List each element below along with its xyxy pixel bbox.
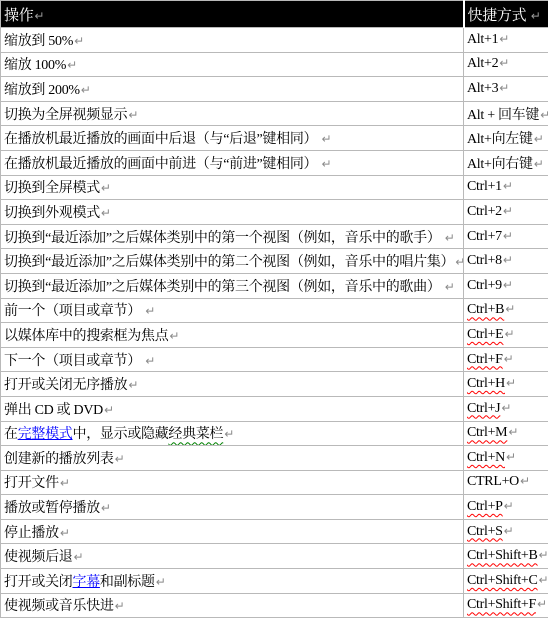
table-row: 切换到“最近添加”之后媒体类别中的第一个视图（例如，音乐中的歌手） ↵Ctrl+… [1,224,548,249]
action-cell: 打开或关闭字幕和副标题↵ [1,569,464,594]
shortcut-cell: Ctrl+E↵ [464,323,548,348]
table-body: 缩放到 50%↵Alt+1↵缩放 100%↵Alt+2↵缩放到 200%↵Alt… [1,28,548,618]
shortcut-cell: Alt+向右键↵ [464,150,548,175]
shortcut-cell: Alt+1↵ [464,28,548,53]
shortcut-text: Alt+向左键 [467,132,533,147]
paragraph-mark-icon: ↵ [503,204,513,218]
table-row: 打开或关闭字幕和副标题↵Ctrl+Shift+C↵ [1,569,548,594]
table-row: 缩放 100%↵Alt+2↵ [1,52,548,77]
action-cell: 停止播放↵ [1,519,464,544]
shortcut-cell: Ctrl+F↵ [464,347,548,372]
action-text: 缩放 100% [4,58,66,73]
shortcut-text: Alt + 回车键 [467,108,539,123]
shortcut-cell: Ctrl+8↵ [464,249,548,274]
shortcut-cell: Ctrl+Shift+F↵ [464,593,548,618]
paragraph-mark-icon: ↵ [128,378,138,392]
paragraph-mark-icon: ↵ [499,56,509,70]
action-cell: 弹出 CD 或 DVD↵ [1,396,464,421]
paragraph-mark-icon: ↵ [67,58,77,72]
action-cell: 在播放机最近播放的画面中前进（与“前进”键相同） ↵ [1,150,464,175]
shortcut-table: 操作↵ 快捷方式 ↵ 缩放到 50%↵Alt+1↵缩放 100%↵Alt+2↵缩… [0,0,548,618]
paragraph-mark-icon: ↵ [74,550,84,564]
paragraph-mark-icon: ↵ [503,179,513,193]
paragraph-mark-icon: ↵ [101,206,111,220]
action-text: 缩放到 200% [4,83,80,98]
table-row: 下一个（项目或章节） ↵Ctrl+F↵ [1,347,548,372]
action-cell: 打开或关闭无序播放↵ [1,372,464,397]
action-text: 经典菜栏 [168,427,223,442]
shortcut-cell: Alt + 回车键↵ [464,101,548,126]
paragraph-mark-icon: ↵ [104,403,114,417]
paragraph-mark-icon: ↵ [321,157,331,171]
column-header-action-label: 操作 [4,8,33,24]
action-text: 以媒体库中的搜索框为焦点 [4,329,168,344]
shortcut-cell: Ctrl+7↵ [464,224,548,249]
paragraph-mark-icon: ↵ [128,108,138,122]
action-text: 前一个（项目或章节） [4,304,144,319]
action-text: 切换到“最近添加”之后媒体类别中的第一个视图（例如，音乐中的歌手） [4,231,444,246]
shortcut-cell: Alt+向左键↵ [464,126,548,151]
action-cell: 使视频或音乐快进↵ [1,593,464,618]
action-text: 使视频后退 [4,550,73,565]
paragraph-mark-icon: ↵ [506,376,516,390]
action-cell: 下一个（项目或章节） ↵ [1,347,464,372]
paragraph-mark-icon: ↵ [534,132,544,146]
action-cell: 缩放到 200%↵ [1,77,464,102]
action-cell: 以媒体库中的搜索框为焦点↵ [1,323,464,348]
shortcut-text: Ctrl+1 [467,179,502,194]
action-cell: 创建新的播放列表↵ [1,446,464,471]
column-header-action: 操作↵ [1,1,464,28]
shortcut-text: Ctrl+N [467,450,505,465]
shortcut-text: Ctrl+7 [467,229,502,244]
paragraph-mark-icon: ↵ [321,132,331,146]
table-row: 切换到“最近添加”之后媒体类别中的第二个视图（例如，音乐中的唱片集）↵Ctrl+… [1,249,548,274]
shortcut-text: Ctrl+E [467,327,503,342]
action-text: 和副标题 [100,575,155,590]
shortcut-cell: Ctrl+Shift+B↵ [464,544,548,569]
table-row: 以媒体库中的搜索框为焦点↵Ctrl+E↵ [1,323,548,348]
table-row: 在播放机最近播放的画面中后退（与“后退”键相同） ↵Alt+向左键↵ [1,126,548,151]
table-row: 切换到外观模式↵Ctrl+2↵ [1,200,548,225]
paragraph-mark-icon: ↵ [156,575,166,589]
action-cell: 缩放到 50%↵ [1,28,464,53]
table-row: 在完整模式中，显示或隐藏经典菜栏↵Ctrl+M↵ [1,421,548,446]
paragraph-mark-icon: ↵ [499,81,509,95]
table-row: 播放或暂停播放↵Ctrl+P↵ [1,495,548,520]
shortcut-text: CTRL+O [467,474,519,489]
header-row: 操作↵ 快捷方式 ↵ [1,1,548,28]
paragraph-mark-icon: ↵ [503,229,513,243]
table-row: 打开或关闭无序播放↵Ctrl+H↵ [1,372,548,397]
action-text: 使视频或音乐快进 [4,599,114,614]
table-row: 使视频或音乐快进↵Ctrl+Shift+F↵ [1,593,548,618]
shortcut-text: Ctrl+B [467,302,504,317]
shortcut-text: Ctrl+Shift+C [467,573,538,588]
action-cell: 播放或暂停播放↵ [1,495,464,520]
table-row: 停止播放↵Ctrl+S↵ [1,519,548,544]
table-row: 切换到全屏模式↵Ctrl+1↵ [1,175,548,200]
paragraph-mark-icon: ↵ [534,157,544,171]
shortcut-text: Alt+向右键 [467,157,533,172]
table-row: 切换到“最近添加”之后媒体类别中的第三个视图（例如，音乐中的歌曲） ↵Ctrl+… [1,273,548,298]
paragraph-mark-icon: ↵ [503,253,513,267]
table-row: 前一个（项目或章节） ↵Ctrl+B↵ [1,298,548,323]
action-cell: 在完整模式中，显示或隐藏经典菜栏↵ [1,421,464,446]
paragraph-mark-icon: ↵ [74,34,84,48]
action-text: 打开或关闭 [4,575,73,590]
table-row: 弹出 CD 或 DVD↵Ctrl+J↵ [1,396,548,421]
action-text: 切换到外观模式 [4,206,100,221]
paragraph-mark-icon: ↵ [81,83,91,97]
action-text: 切换到“最近添加”之后媒体类别中的第二个视图（例如，音乐中的唱片集） [4,255,454,270]
action-cell: 使视频后退↵ [1,544,464,569]
paragraph-mark-icon: ↵ [504,499,514,513]
table-row: 切换为全屏视频显示↵Alt + 回车键↵ [1,101,548,126]
action-cell: 切换到全屏模式↵ [1,175,464,200]
paragraph-mark-icon: ↵ [506,450,516,464]
shortcut-cell: CTRL+O↵ [464,470,548,495]
shortcut-text: Ctrl+Shift+B [467,548,538,563]
paragraph-mark-icon: ↵ [445,280,455,294]
paragraph-mark-icon: ↵ [540,108,548,122]
shortcut-cell: Alt+2↵ [464,52,548,77]
shortcut-cell: Ctrl+M↵ [464,421,548,446]
action-text: 下一个（项目或章节） [4,354,144,369]
paragraph-mark-icon: ↵ [539,548,548,562]
paragraph-mark-icon: ↵ [499,32,509,46]
paragraph-mark-icon: ↵ [60,526,70,540]
action-cell: 切换为全屏视频显示↵ [1,101,464,126]
paragraph-mark-icon: ↵ [145,354,155,368]
shortcut-cell: Ctrl+P↵ [464,495,548,520]
full-mode-link[interactable]: 完整模式 [18,427,73,442]
shortcut-text: Ctrl+2 [467,204,502,219]
action-cell: 切换到外观模式↵ [1,200,464,225]
shortcut-text: Ctrl+9 [467,278,502,293]
paragraph-mark-icon: ↵ [531,9,541,23]
paragraph-mark-icon: ↵ [224,427,234,441]
paragraph-mark-icon: ↵ [455,255,463,269]
shortcut-text: Ctrl+Shift+F [467,597,536,612]
action-cell: 缩放 100%↵ [1,52,464,77]
paragraph-mark-icon: ↵ [539,573,548,587]
action-text: 切换为全屏视频显示 [4,108,127,123]
paragraph-mark-icon: ↵ [504,352,514,366]
paragraph-mark-icon: ↵ [34,9,44,23]
paragraph-mark-icon: ↵ [101,501,111,515]
action-text: 打开或关闭无序播放 [4,378,127,393]
table-row: 打开文件↵CTRL+O↵ [1,470,548,495]
shortcut-text: Alt+2 [467,56,498,71]
paragraph-mark-icon: ↵ [145,304,155,318]
action-cell: 切换到“最近添加”之后媒体类别中的第一个视图（例如，音乐中的歌手） ↵ [1,224,464,249]
shortcut-cell: Ctrl+Shift+C↵ [464,569,548,594]
column-header-shortcut-label: 快捷方式 [468,8,530,24]
action-text: 在 [4,427,18,442]
action-cell: 打开文件↵ [1,470,464,495]
paragraph-mark-icon: ↵ [501,401,511,415]
table-row: 缩放到 50%↵Alt+1↵ [1,28,548,53]
action-text: 在播放机最近播放的画面中后退（与“后退”键相同） [4,132,320,147]
action-text: 在播放机最近播放的画面中前进（与“前进”键相同） [4,157,320,172]
action-cell: 在播放机最近播放的画面中后退（与“后退”键相同） ↵ [1,126,464,151]
paragraph-mark-icon: ↵ [503,278,513,292]
paragraph-mark-icon: ↵ [508,425,518,439]
paragraph-mark-icon: ↵ [169,329,179,343]
shortcut-cell: Ctrl+J↵ [464,396,548,421]
shortcut-text: Alt+3 [467,81,498,96]
action-text: 中，显示或隐藏 [73,427,169,442]
action-text: 切换到“最近添加”之后媒体类别中的第三个视图（例如，音乐中的歌曲） [4,280,444,295]
shortcut-cell: Ctrl+2↵ [464,200,548,225]
table-row: 缩放到 200%↵Alt+3↵ [1,77,548,102]
table-row: 在播放机最近播放的画面中前进（与“前进”键相同） ↵Alt+向右键↵ [1,150,548,175]
paragraph-mark-icon: ↵ [537,597,547,611]
action-text: 打开文件 [4,476,59,491]
paragraph-mark-icon: ↵ [115,452,125,466]
shortcut-text: Ctrl+S [467,524,503,539]
action-cell: 切换到“最近添加”之后媒体类别中的第二个视图（例如，音乐中的唱片集）↵ [1,249,464,274]
paragraph-mark-icon: ↵ [60,476,70,490]
shortcut-text: Ctrl+8 [467,253,502,268]
shortcut-cell: Ctrl+N↵ [464,446,548,471]
paragraph-mark-icon: ↵ [101,181,111,195]
action-text: 播放或暂停播放 [4,501,100,516]
paragraph-mark-icon: ↵ [115,599,125,613]
table-row: 创建新的播放列表↵Ctrl+N↵ [1,446,548,471]
action-text: 缩放到 50% [4,34,73,49]
shortcut-cell: Ctrl+1↵ [464,175,548,200]
shortcut-text: Alt+1 [467,32,498,47]
paragraph-mark-icon: ↵ [445,231,455,245]
paragraph-mark-icon: ↵ [504,327,514,341]
action-cell: 切换到“最近添加”之后媒体类别中的第三个视图（例如，音乐中的歌曲） ↵ [1,273,464,298]
action-text: 停止播放 [4,526,59,541]
shortcut-text: Ctrl+P [467,499,503,514]
action-text: 创建新的播放列表 [4,452,114,467]
action-cell: 前一个（项目或章节） ↵ [1,298,464,323]
table-row: 使视频后退↵Ctrl+Shift+B↵ [1,544,548,569]
shortcut-cell: Ctrl+9↵ [464,273,548,298]
shortcut-text: Ctrl+F [467,352,503,367]
shortcut-text: Ctrl+H [467,376,505,391]
paragraph-mark-icon: ↵ [520,474,530,488]
paragraph-mark-icon: ↵ [505,302,515,316]
shortcut-text: Ctrl+M [467,425,507,440]
subtitles-link[interactable]: 字幕 [73,575,100,590]
shortcut-cell: Ctrl+H↵ [464,372,548,397]
shortcut-text: Ctrl+J [467,401,500,416]
action-text: 切换到全屏模式 [4,181,100,196]
column-header-shortcut: 快捷方式 ↵ [464,1,548,28]
action-text: 弹出 CD 或 DVD [4,403,103,418]
shortcut-cell: Ctrl+S↵ [464,519,548,544]
shortcut-cell: Ctrl+B↵ [464,298,548,323]
paragraph-mark-icon: ↵ [504,524,514,538]
shortcut-cell: Alt+3↵ [464,77,548,102]
